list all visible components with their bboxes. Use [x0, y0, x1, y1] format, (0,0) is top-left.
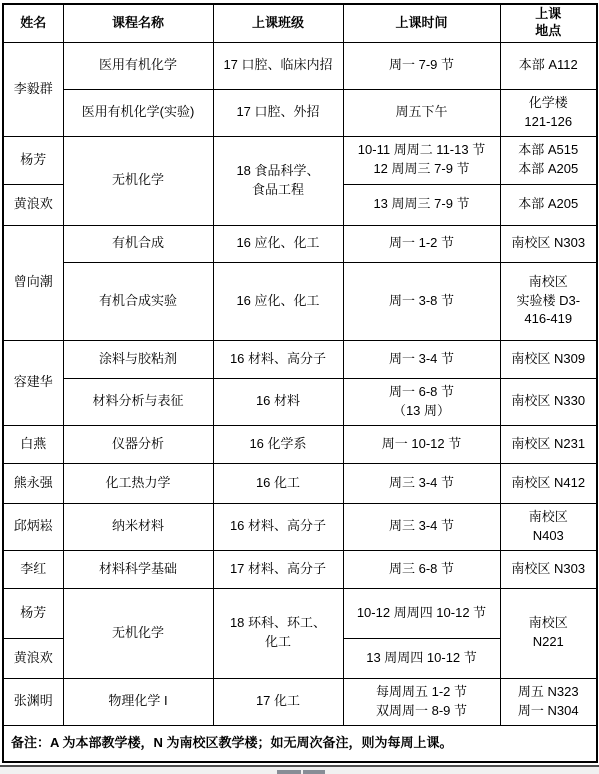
cell-location: 南校区 N231 [500, 425, 597, 463]
cell-class: 16 应化、化工 [213, 262, 343, 340]
cell-time: 周一 3-8 节 [343, 262, 500, 340]
cell-course-name: 医用有机化学 [63, 42, 213, 89]
cell-location: 南校区 N221 [500, 588, 597, 678]
cell-class: 18 食品科学、 食品工程 [213, 136, 343, 225]
cell-class: 16 材料、高分子 [213, 340, 343, 378]
cell-course-name: 材料科学基础 [63, 550, 213, 588]
cell-class: 17 口腔、外招 [213, 89, 343, 136]
table-row: 材料分析与表征 16 材料 周一 6-8 节 （13 周） 南校区 N330 [3, 378, 597, 425]
header-row: 姓名 课程名称 上课班级 上课时间 上课 地点 [3, 4, 597, 42]
note-row: 备注：A 为本部教学楼，N 为南校区教学楼；如无周次备注，则为每周上课。 [3, 725, 597, 762]
bottom-button-right[interactable] [303, 770, 325, 774]
cell-teacher-name: 李毅群 [3, 42, 63, 136]
cell-time: 每周周五 1-2 节 双周周一 8-9 节 [343, 678, 500, 725]
cell-location: 南校区 N412 [500, 463, 597, 503]
table-row: 邱炳崧 纳米材料 16 材料、高分子 周三 3-4 节 南校区 N403 [3, 503, 597, 550]
cell-teacher-name: 容建华 [3, 340, 63, 425]
col-header-time: 上课时间 [343, 4, 500, 42]
cell-time: 周五下午 [343, 89, 500, 136]
cell-teacher-name: 张渊明 [3, 678, 63, 725]
table-row: 有机合成实验 16 应化、化工 周一 3-8 节 南校区 实验楼 D3- 416… [3, 262, 597, 340]
cell-class: 17 口腔、临床内招 [213, 42, 343, 89]
cell-course-name: 材料分析与表征 [63, 378, 213, 425]
table-row: 张渊明 物理化学 I 17 化工 每周周五 1-2 节 双周周一 8-9 节 周… [3, 678, 597, 725]
cell-location: 南校区 实验楼 D3- 416-419 [500, 262, 597, 340]
table-row: 曾向潮 有机合成 16 应化、化工 周一 1-2 节 南校区 N303 [3, 225, 597, 262]
cell-time: 周一 1-2 节 [343, 225, 500, 262]
table-row: 杨芳 无机化学 18 食品科学、 食品工程 10-11 周周二 11-13 节 … [3, 136, 597, 184]
bottom-bar [0, 765, 599, 774]
cell-time: 13 周周三 7-9 节 [343, 184, 500, 225]
cell-location: 化学楼 121-126 [500, 89, 597, 136]
table-row: 李毅群 医用有机化学 17 口腔、临床内招 周一 7-9 节 本部 A112 [3, 42, 597, 89]
cell-location: 南校区 N330 [500, 378, 597, 425]
table-row: 容建华 涂料与胶粘剂 16 材料、高分子 周一 3-4 节 南校区 N309 [3, 340, 597, 378]
cell-time: 周一 6-8 节 （13 周） [343, 378, 500, 425]
cell-location: 周五 N323 周一 N304 [500, 678, 597, 725]
cell-location: 南校区 N309 [500, 340, 597, 378]
cell-course-name: 有机合成 [63, 225, 213, 262]
col-header-class: 上课班级 [213, 4, 343, 42]
cell-time: 10-11 周周二 11-13 节 12 周周三 7-9 节 [343, 136, 500, 184]
col-header-course-name: 课程名称 [63, 4, 213, 42]
cell-class: 16 材料 [213, 378, 343, 425]
cell-course-name: 无机化学 [63, 136, 213, 225]
cell-teacher-name: 熊永强 [3, 463, 63, 503]
table-row: 医用有机化学(实验) 17 口腔、外招 周五下午 化学楼 121-126 [3, 89, 597, 136]
col-header-location: 上课 地点 [500, 4, 597, 42]
cell-course-name: 医用有机化学(实验) [63, 89, 213, 136]
cell-time: 周三 3-4 节 [343, 463, 500, 503]
cell-time: 周三 3-4 节 [343, 503, 500, 550]
cell-time: 10-12 周周四 10-12 节 [343, 588, 500, 638]
bottom-button-left[interactable] [277, 770, 301, 774]
col-header-teacher-name: 姓名 [3, 4, 63, 42]
cell-teacher-name: 李红 [3, 550, 63, 588]
cell-teacher-name: 曾向潮 [3, 225, 63, 340]
cell-class: 16 应化、化工 [213, 225, 343, 262]
cell-location: 南校区 N303 [500, 225, 597, 262]
cell-course-name: 涂料与胶粘剂 [63, 340, 213, 378]
cell-class: 17 化工 [213, 678, 343, 725]
cell-course-name: 纳米材料 [63, 503, 213, 550]
cell-teacher-name: 杨芳 [3, 588, 63, 638]
cell-time: 周一 3-4 节 [343, 340, 500, 378]
cell-course-name: 仪器分析 [63, 425, 213, 463]
cell-location: 本部 A205 [500, 184, 597, 225]
cell-teacher-name: 邱炳崧 [3, 503, 63, 550]
cell-time: 周一 7-9 节 [343, 42, 500, 89]
note-cell: 备注：A 为本部教学楼，N 为南校区教学楼；如无周次备注，则为每周上课。 [3, 725, 597, 762]
cell-course-name: 无机化学 [63, 588, 213, 678]
cell-course-name: 化工热力学 [63, 463, 213, 503]
cell-class: 16 材料、高分子 [213, 503, 343, 550]
cell-class: 16 化工 [213, 463, 343, 503]
cell-class: 16 化学系 [213, 425, 343, 463]
cell-teacher-name: 白燕 [3, 425, 63, 463]
cell-class: 17 材料、高分子 [213, 550, 343, 588]
course-schedule-table: 姓名 课程名称 上课班级 上课时间 上课 地点 李毅群 医用有机化学 17 口腔… [2, 3, 598, 763]
cell-teacher-name: 黄浪欢 [3, 184, 63, 225]
cell-course-name: 物理化学 I [63, 678, 213, 725]
cell-time: 周一 10-12 节 [343, 425, 500, 463]
cell-location: 南校区 N403 [500, 503, 597, 550]
table-row: 李红 材料科学基础 17 材料、高分子 周三 6-8 节 南校区 N303 [3, 550, 597, 588]
cell-time: 周三 6-8 节 [343, 550, 500, 588]
cell-teacher-name: 杨芳 [3, 136, 63, 184]
table-row: 白燕 仪器分析 16 化学系 周一 10-12 节 南校区 N231 [3, 425, 597, 463]
cell-class: 18 环科、环工、 化工 [213, 588, 343, 678]
cell-location: 南校区 N303 [500, 550, 597, 588]
cell-teacher-name: 黄浪欢 [3, 638, 63, 678]
cell-location: 本部 A112 [500, 42, 597, 89]
table-row: 熊永强 化工热力学 16 化工 周三 3-4 节 南校区 N412 [3, 463, 597, 503]
cell-time: 13 周周四 10-12 节 [343, 638, 500, 678]
cell-location: 本部 A515 本部 A205 [500, 136, 597, 184]
cell-course-name: 有机合成实验 [63, 262, 213, 340]
table-row: 杨芳 无机化学 18 环科、环工、 化工 10-12 周周四 10-12 节 南… [3, 588, 597, 638]
